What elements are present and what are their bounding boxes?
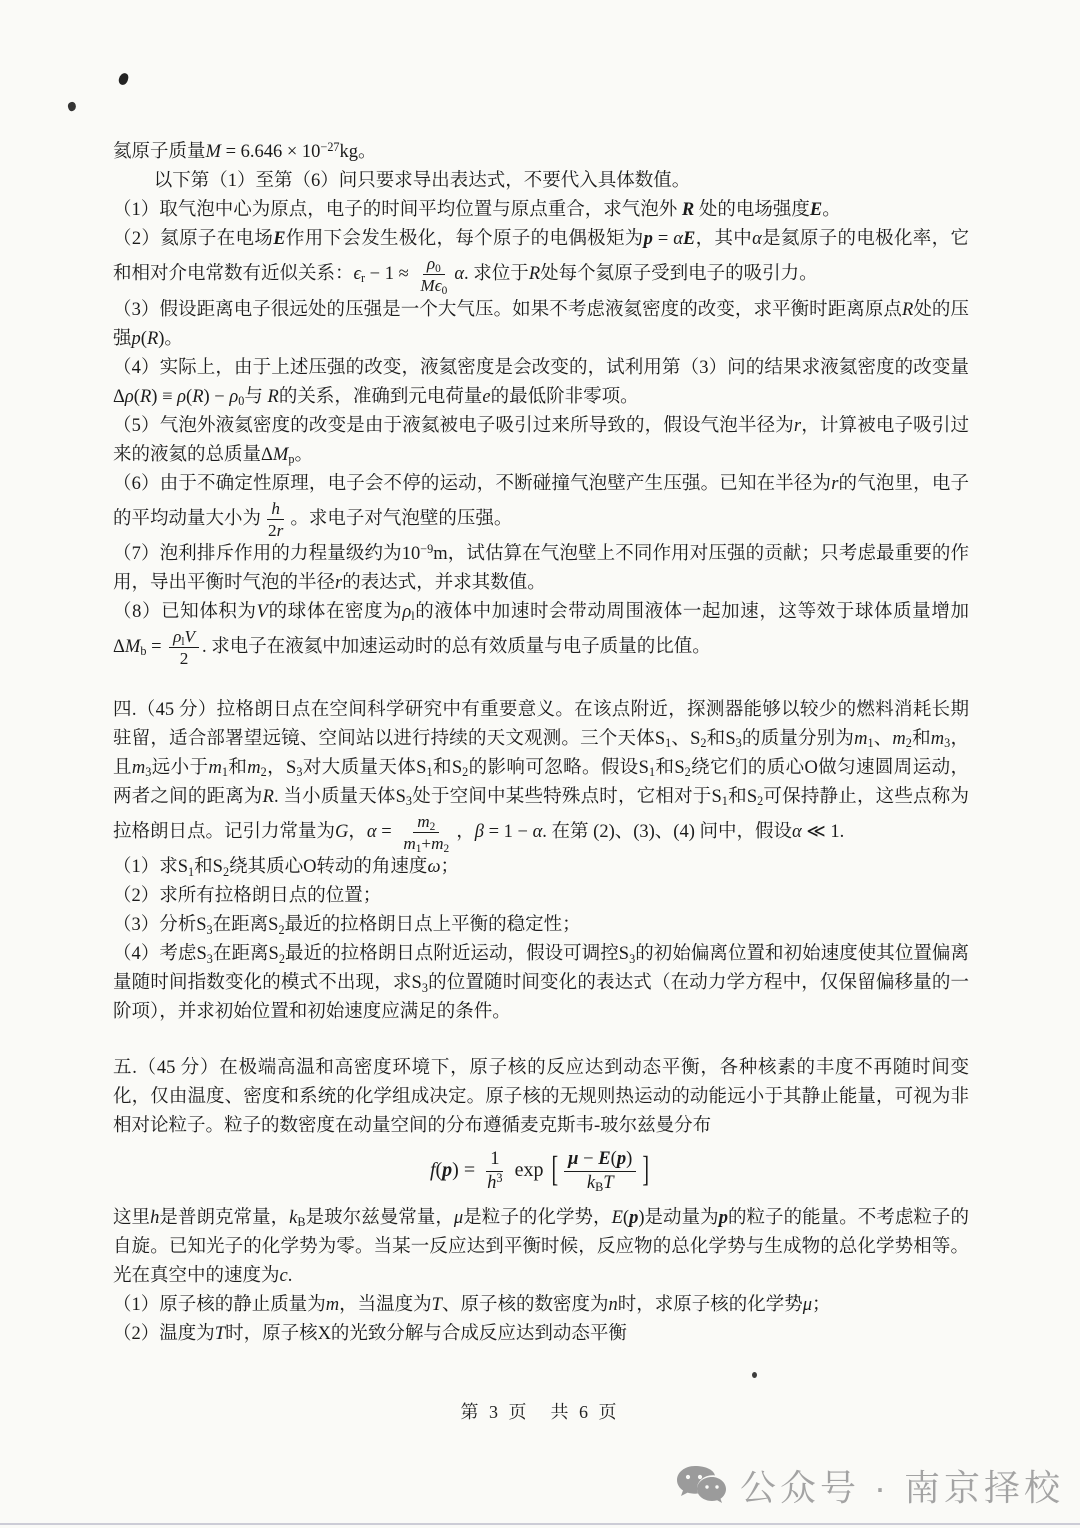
text-run: （3）假设距离电子很远处的压强是一个大气压。如果不考虑液氦密度的改变，求平衡时距… (113, 300, 902, 320)
math-var: R (902, 300, 913, 320)
math-var: μ (454, 1208, 463, 1228)
math-var: M (125, 637, 140, 657)
text-run: 2 (180, 649, 189, 668)
math-var: h (150, 1208, 159, 1228)
text-run: . 当小质量天体S (274, 787, 406, 807)
text-run: = (377, 822, 397, 842)
text-run: 处的电场强度 (694, 200, 810, 220)
math-bold-var: R (682, 200, 694, 220)
text-run: = 1 − (484, 822, 533, 842)
q4-part-4: （4）考虑S3在距离S2最近的拉格朗日点附近运动，假设可调控S3的初始偏离位置和… (113, 940, 969, 1027)
math-var: m (132, 758, 145, 778)
text-run: = 6.646 × 10 (221, 142, 321, 162)
text-run: exp (510, 1159, 549, 1181)
subscript: 2 (261, 765, 267, 779)
text-run: ，S (267, 758, 297, 778)
q5-part-2: （2）温度为T时，原子核X的光致分解与合成反应达到动态平衡 (113, 1320, 969, 1349)
math-bold-var: p (629, 1208, 638, 1228)
math-var: R (268, 387, 279, 407)
text-run: ， (456, 822, 475, 842)
fraction: ρlV2 (169, 627, 199, 669)
text-run: 2 (268, 521, 277, 540)
subscript: 2 (700, 736, 706, 750)
subscript: 3 (406, 794, 412, 808)
q-part-7: （7）泡利排斥作用的力程量级约为10−9m，试估算在气泡壁上不同作用对压强的贡献… (113, 540, 969, 598)
subscript: 0 (442, 285, 448, 297)
subscript: 2 (278, 923, 284, 937)
q4-part-3: （3）分析S3在距离S2最近的拉格朗日点上平衡的稳定性； (113, 911, 969, 940)
math-var: ϵ (435, 276, 442, 295)
text-run: 绕其质心O转动的角速度 (229, 857, 427, 877)
math-bold-var: p (617, 1148, 626, 1169)
watermark-text: 公众号 · 南京择校 (740, 1460, 1064, 1511)
text-run: . 在第 (2)、(3)、(4) 问中，假设 (542, 822, 792, 842)
math-var: M (420, 276, 434, 295)
math-var: β (475, 822, 484, 842)
math-bold-var: μ (568, 1148, 578, 1169)
subscript: 1 (188, 865, 194, 879)
subscript: b (140, 644, 146, 658)
subscript: 3 (944, 736, 950, 750)
text-run: ) = (452, 1159, 480, 1181)
text-run: ，其中 (695, 229, 752, 249)
text-run: （1）原子核的静止质量为 (113, 1295, 326, 1315)
text-run: （7）泡利排斥作用的力程量级约为10 (113, 544, 420, 564)
text-run: （6）由于不确定性原理，电子会不停的运动，不断碰撞气泡壁产生压强。已知在半径为 (113, 474, 831, 494)
instructions-note: 以下第（1）至第（6）问只要求导出表达式，不要代入具体数值。 (113, 167, 969, 196)
fraction: h2r (264, 499, 287, 541)
subscript: B (297, 1215, 305, 1229)
math-var: M (273, 445, 288, 465)
math-var: n (608, 1295, 617, 1315)
q-part-6: （6）由于不确定性原理，电子会不停的运动，不断碰撞气泡壁产生压强。已知在半径为r… (113, 470, 969, 541)
math-var: ρ (125, 387, 134, 407)
math-var: α (752, 229, 762, 249)
subscript: 3 (296, 765, 302, 779)
text-run: − (578, 1148, 598, 1169)
text-run: 在距离S (213, 915, 279, 935)
math-var: R (529, 264, 540, 284)
text-run: . (288, 1266, 293, 1286)
math-var: m (208, 758, 221, 778)
text-run: （1）取气泡中心为原点，电子的时间平均位置与原点重合，求气泡外 (113, 200, 682, 220)
q-part-2: （2）氦原子在电场E作用下会发生极化，每个原子的电偶极矩为p = αE，其中α是… (113, 225, 969, 296)
text-run: 对大质量天体S (302, 758, 426, 778)
wechat-icon (675, 1464, 727, 1508)
text-run: （8）已知体积为 (113, 602, 257, 622)
subscript: 3 (422, 981, 428, 995)
q5-part-1: （1）原子核的静止质量为m，当温度为T、原子核的数密度为n时，求原子核的化学势μ… (113, 1291, 969, 1320)
math-var: ρ (177, 387, 186, 407)
text-run: kg。 (340, 142, 377, 162)
text-run: 五.（45 分）在极端高温和高密度环境下，原子核的反应达到动态平衡，各种核素的丰… (113, 1058, 969, 1136)
subscript: 2 (685, 765, 691, 779)
text-run: 。 (294, 445, 313, 465)
subscript: 3 (145, 765, 151, 779)
math-bold-var: p (644, 229, 653, 249)
math-var: α (367, 822, 377, 842)
math-var: m (326, 1295, 339, 1315)
math-var: m (931, 729, 944, 749)
q-part-1: （1）取气泡中心为原点，电子的时间平均位置与原点重合，求气泡外 R 处的电场强度… (113, 196, 969, 225)
text-run: （2）氦原子在电场 (113, 229, 273, 249)
math-var: α (792, 822, 802, 842)
text-run: 、 (874, 729, 893, 749)
math-var: m (854, 729, 867, 749)
math-var: M (206, 142, 221, 162)
text-run: 与 (244, 387, 267, 407)
text-run: = (146, 637, 166, 657)
superscript: −9 (420, 542, 433, 556)
page-footer: 第 3 页 共 6 页 (0, 1398, 1080, 1424)
subscript: 3 (207, 923, 213, 937)
math-bold-var: E (598, 1148, 610, 1169)
math-var: T (215, 1324, 225, 1344)
text-run: 作用下会发生极化，每个原子的电偶极矩为 (286, 229, 644, 249)
math-var: R (140, 387, 151, 407)
math-bold-var: E (273, 229, 285, 249)
ink-speck (67, 101, 78, 112)
subscript: 2 (462, 765, 468, 779)
text-run: 以下第（1）至第（6）问只要求导出表达式，不要代入具体数值。 (154, 171, 691, 191)
ink-speck (752, 1372, 757, 1378)
q4-part-1: （1）求S1和S2绕其质心O转动的角速度ω； (113, 853, 969, 882)
subscript: 3 (736, 736, 742, 750)
text-run: + (421, 834, 431, 853)
text-run: 时，原子核X的光致分解与合成反应达到动态平衡 (225, 1324, 627, 1344)
math-bold-var: E (683, 229, 695, 249)
math-var: α (454, 264, 464, 284)
fraction: m2m1+m2 (399, 812, 453, 854)
math-bold-var: p (442, 1159, 452, 1181)
text-run: ) ≡ (151, 387, 177, 407)
text-run: 最近的拉格朗日点上平衡的稳定性； (285, 915, 581, 935)
text-run: 的质量分别为 (742, 729, 854, 749)
subscript: 2 (757, 794, 763, 808)
text-run: 1 (490, 1148, 499, 1169)
math-var: R (147, 329, 158, 349)
maxwell-boltzmann-formula: f(p) = 1h3 exp [μ − E(p)kBT] (113, 1149, 969, 1194)
math-var: T (603, 1172, 613, 1193)
math-var: m (431, 834, 443, 853)
math-var: ω (427, 857, 440, 877)
text-run: 、S (671, 729, 700, 749)
math-var: V (257, 602, 268, 622)
text-run: （1）求S (113, 857, 188, 877)
text-run: （2）求所有拉格朗日点的位置； (113, 886, 381, 906)
text-run: . 求电子在液氦中加速运动时的总有效质量与电子质量的比值。 (202, 637, 711, 657)
fraction: 1h3 (483, 1149, 506, 1194)
text-run: ，当温度为 (339, 1295, 432, 1315)
math-var: ρ (229, 387, 238, 407)
subscript: 1 (426, 765, 432, 779)
text-run: 和S (655, 758, 685, 778)
math-var: h (271, 499, 280, 518)
exam-content: 氦原子质量M = 6.646 × 10−27kg。以下第（1）至第（6）问只要求… (113, 138, 969, 1349)
math-var: ρ (427, 254, 435, 273)
subscript: 2 (430, 821, 436, 833)
subscript: 1 (722, 794, 728, 808)
helium-atom-mass: 氦原子质量M = 6.646 × 10−27kg。 (113, 138, 969, 167)
math-var: α (673, 229, 683, 249)
math-var: μ (803, 1295, 812, 1315)
text-run: 最近的拉格朗日点附近运动，假设可调控S (285, 944, 629, 964)
text-run: 和S (707, 729, 736, 749)
subscript: 2 (906, 736, 912, 750)
text-run: 这里 (113, 1208, 150, 1228)
text-run: 是粒子的化学势， (463, 1208, 611, 1228)
text-run: 处每个氦原子受到电子的吸引力。 (540, 264, 818, 284)
math-var: V (185, 627, 196, 646)
math-var: m (403, 834, 415, 853)
fraction: ρ0Mϵ0 (416, 254, 451, 296)
text-run: 的最低阶非零项。 (491, 387, 639, 407)
text-run: 和 (912, 729, 931, 749)
superscript: 3 (496, 1171, 502, 1185)
text-run: （4）考虑S (113, 944, 207, 964)
text-run: （2）温度为 (113, 1324, 215, 1344)
math-bold-var: E (810, 200, 822, 220)
math-var: k (587, 1172, 595, 1193)
text-run: 。 (822, 200, 841, 220)
text-run: 。求电子对气泡壁的压强。 (290, 509, 512, 529)
math-var: c (280, 1266, 288, 1286)
text-run: ； (812, 1295, 831, 1315)
subscript: B (595, 1180, 603, 1194)
math-var: R (192, 387, 203, 407)
math-bold-var: p (719, 1208, 728, 1228)
text-run: 是玻尔兹曼常量， (306, 1208, 454, 1228)
math-var: ρ (402, 602, 411, 622)
subscript: 2 (279, 952, 285, 966)
section-4-intro: 四.（45 分）拉格朗日点在空间科学研究中有重要意义。在该点附近，探测器能够以较… (113, 696, 969, 854)
text-run: 的球体在密度为 (268, 602, 402, 622)
text-run: 氦原子质量 (113, 142, 206, 162)
text-run: 时，求原子核的化学势 (618, 1295, 803, 1315)
text-run: 在距离S (213, 944, 279, 964)
text-run: . 求位于 (464, 264, 529, 284)
text-run: 的影响可忽略。假设S (468, 758, 649, 778)
bottom-edge-line (0, 1523, 1080, 1525)
q-part-5: （5）气泡外液氦密度的改变是由于液氦被电子吸引过来所导致的，假设气泡半径为r，计… (113, 412, 969, 470)
text-run: ； (441, 857, 460, 877)
math-var: m (417, 812, 429, 831)
subscript: 0 (238, 394, 244, 408)
subscript: 0 (435, 263, 441, 275)
text-run: 和S (728, 787, 757, 807)
ink-speck (118, 72, 129, 86)
watermark: 公众号 · 南京择校 (675, 1460, 1064, 1511)
math-var: E (612, 1208, 623, 1228)
math-var: m (247, 758, 260, 778)
subscript: 1 (649, 765, 655, 779)
text-run: ≪ 1. (802, 822, 845, 842)
q-part-3: （3）假设距离电子很远处的压强是一个大气压。如果不考虑液氦密度的改变，求平衡时距… (113, 296, 969, 354)
math-var: T (432, 1295, 442, 1315)
subscript: r (361, 271, 365, 285)
math-var: m (892, 729, 905, 749)
subscript: 2 (444, 843, 450, 855)
subscript: 3 (629, 952, 635, 966)
math-var: ϵ (354, 264, 361, 284)
text-run: 和S (194, 857, 223, 877)
page-number-label: 第 3 页 共 6 页 (461, 1402, 620, 1422)
math-var: R (263, 787, 274, 807)
q4-part-2: （2）求所有拉格朗日点的位置； (113, 882, 969, 911)
text-run: = (653, 229, 673, 249)
math-var: α (533, 822, 543, 842)
text-run: 、原子核的数密度为 (442, 1295, 609, 1315)
math-var: G (335, 822, 348, 842)
subscript: 2 (223, 865, 229, 879)
text-run: )是动量为 (638, 1208, 718, 1228)
subscript: 1 (222, 765, 228, 779)
q-part-4: （4）实际上，由于上述压强的改变，液氦密度是会改变的，试利用第（3）问的结果求液… (113, 354, 969, 412)
text-run: − 1 ≈ (365, 264, 413, 284)
q-part-8: （8）已知体积为V的球体在密度为ρl的液体中加速时会带动周围液体一起加速，这等效… (113, 598, 969, 669)
text-run: 和S (433, 758, 463, 778)
superscript: −27 (320, 140, 339, 154)
math-var: r (277, 521, 284, 540)
math-var: e (482, 387, 490, 407)
section-5-notation: 这里h是普朗克常量，kB是玻尔兹曼常量，μ是粒子的化学势，E(p)是动量为p的粒… (113, 1204, 969, 1291)
subscript: l (411, 609, 414, 623)
bracket: [ (551, 1144, 558, 1196)
text-run: ) (626, 1148, 632, 1169)
subscript: 1 (416, 843, 422, 855)
text-run: 的关系，准确到元电荷量 (279, 387, 483, 407)
text-run: 是普朗克常量， (159, 1208, 289, 1228)
fraction: μ − E(p)kBT (564, 1149, 636, 1194)
text-run: )。 (158, 329, 183, 349)
text-run: ) − (204, 387, 230, 407)
text-run: 处于空间中某些特殊点时，它相对于S (412, 787, 722, 807)
subscript: p (288, 452, 294, 466)
text-run: 远小于 (151, 758, 208, 778)
subscript: 1 (665, 736, 671, 750)
subscript: 1 (867, 736, 873, 750)
math-var: p (132, 329, 141, 349)
subscript: l (181, 636, 184, 648)
text-run: （5）气泡外液氦密度的改变是由于液氦被电子吸引过来所导致的，假设气泡半径为 (113, 416, 794, 436)
text-run: ， (348, 822, 367, 842)
text-run: （3）分析S (113, 915, 207, 935)
text-run: 的表达式，并求其数值。 (342, 573, 546, 593)
text-run: 和 (228, 758, 247, 778)
exam-page: 氦原子质量M = 6.646 × 10−27kg。以下第（1）至第（6）问只要求… (0, 0, 1080, 1528)
section-5-intro: 五.（45 分）在极端高温和高密度环境下，原子核的反应达到动态平衡，各种核素的丰… (113, 1054, 969, 1141)
bracket: ] (642, 1144, 649, 1196)
subscript: 3 (207, 952, 213, 966)
